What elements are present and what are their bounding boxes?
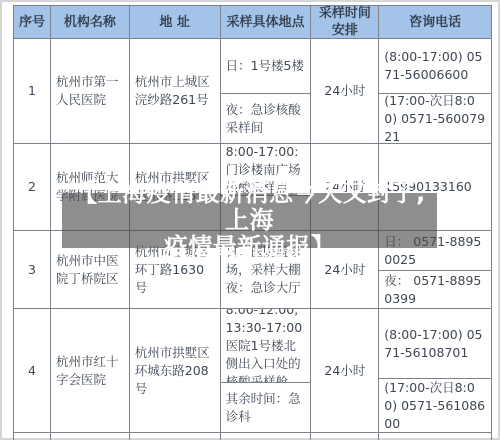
location-cell	[221, 433, 312, 440]
phone-cell: (8:00-17:00) 0571-56108701 (17:00-次日8:00…	[379, 309, 492, 433]
phone-subcell: (17:00-次日8:00) 0571-56108600	[379, 379, 491, 432]
column-header-institution: 机构名称	[51, 6, 130, 39]
location-subcell: 夜：急诊核酸采样间	[221, 94, 311, 143]
institution-cell	[51, 433, 130, 440]
table-row-cutoff	[14, 433, 492, 440]
location-subcell: 8:00-12:00,13:30-17:00医院1号楼北侧出入口处的核酸采样舱	[221, 309, 311, 383]
screenshot-page: 序号 机构名称 地 址 采样具体地点 采样时间安排 咨询电话 1 杭州市第一人民…	[0, 0, 500, 440]
serial-cell: 1	[14, 39, 51, 144]
phone-subcell: 夜： 0571-88950399	[379, 271, 491, 308]
watermark-line-1: 【上海疫情最新消息今天又封了,上海	[62, 180, 437, 234]
watermark-line-2: 疫情最新通报】	[62, 234, 437, 261]
phone-subcell: (17:00-次日8:00) 0571-56007921	[379, 94, 491, 143]
institution-cell: 杭州市红十字会医院	[51, 309, 130, 433]
serial-cell	[14, 433, 51, 440]
serial-cell: 2	[14, 144, 51, 231]
phone-cell	[379, 433, 492, 440]
table-row: 1 杭州市第一人民医院 杭州市上城区浣纱路261号 日：1号楼5楼 夜：急诊核酸…	[14, 39, 492, 144]
column-header-schedule: 采样时间安排	[311, 6, 379, 39]
location-subcell: 日：1号楼5楼	[221, 39, 311, 94]
location-cell: 日：1号楼5楼 夜：急诊核酸采样间	[221, 39, 312, 144]
location-cell: 8:00-12:00,13:30-17:00医院1号楼北侧出入口处的核酸采样舱 …	[221, 309, 312, 433]
table-row: 4 杭州市红十字会医院 杭州市拱墅区环城东路208号 8:00-12:00,13…	[14, 309, 492, 433]
column-header-phone: 咨询电话	[379, 6, 492, 39]
schedule-cell	[311, 433, 379, 440]
schedule-cell: 24小时	[311, 39, 379, 144]
phone-cell: (8:00-17:00) 0571-56006600 (17:00-次日8:00…	[379, 39, 492, 144]
address-cell	[130, 433, 221, 440]
address-cell: 杭州市拱墅区环城东路208号	[130, 309, 221, 433]
institution-cell: 杭州市第一人民医院	[51, 39, 130, 144]
column-header-location: 采样具体地点	[221, 6, 312, 39]
table-header-row: 序号 机构名称 地 址 采样具体地点 采样时间安排 咨询电话	[14, 6, 492, 39]
serial-cell: 4	[14, 309, 51, 433]
phone-subcell: (8:00-17:00) 0571-56006600	[379, 39, 491, 94]
serial-cell: 3	[14, 231, 51, 309]
schedule-cell: 24小时	[311, 309, 379, 433]
address-cell: 杭州市上城区浣纱路261号	[130, 39, 221, 144]
phone-subcell: (8:00-17:00) 0571-56108701	[379, 309, 491, 379]
location-subcell: 其余时间：急诊科	[221, 383, 311, 432]
watermark-banner: 【上海疫情最新消息今天又封了,上海 疫情最新通报】	[62, 193, 437, 248]
column-header-address: 地 址	[130, 6, 221, 39]
column-header-serial: 序号	[14, 6, 51, 39]
